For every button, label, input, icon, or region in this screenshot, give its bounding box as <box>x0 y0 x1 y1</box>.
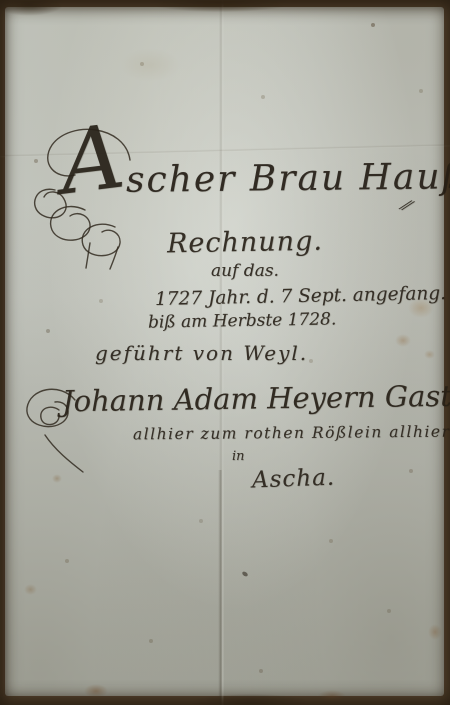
line-place-name: Ascha. <box>252 465 336 494</box>
line-in: in <box>232 449 245 464</box>
line-year-range-end: biß am Herbste 1728. <box>148 309 337 332</box>
line-rechnung: Rechnung. <box>150 225 341 259</box>
line-kept-by: geführt von Weyl. <box>95 341 308 365</box>
paper-speckles <box>0 0 2 2</box>
vertical-fold-crease-lower <box>218 470 224 705</box>
line-inn-description: allhier zum rothen Rößlein allhier <box>133 423 450 444</box>
line-auf-das: auf das. <box>185 261 305 281</box>
title-initial-letter: A <box>55 112 129 207</box>
manuscript-photo: A scher Brau Hauß ⁄⁄ Rechnung. auf das. … <box>0 0 450 705</box>
line-innkeeper-name: Johann Adam Heyern Gastwirth <box>62 378 450 419</box>
title-text: scher Brau Hauß <box>126 156 450 201</box>
